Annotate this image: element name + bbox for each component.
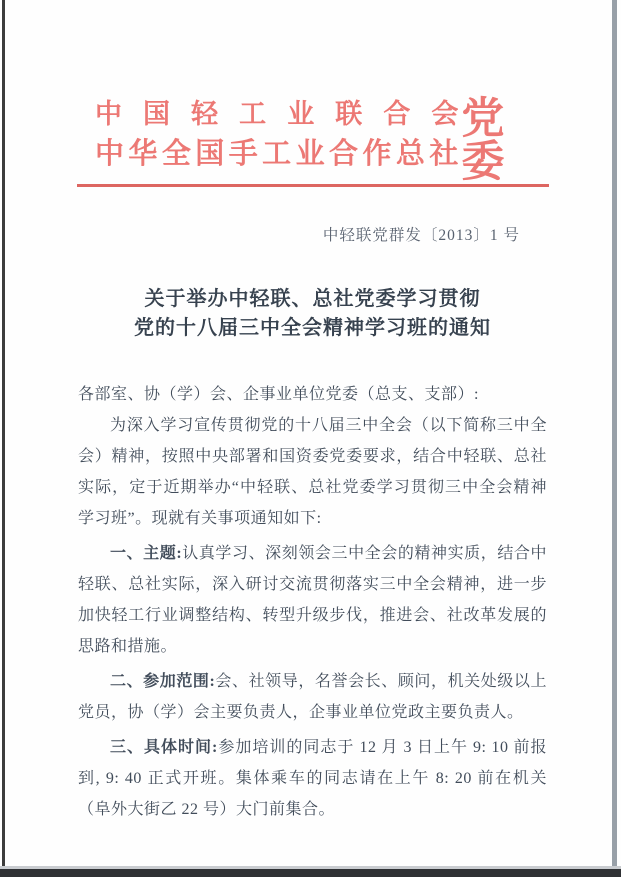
document-title-line2: 党的十八届三中全会精神学习班的通知 — [134, 317, 491, 339]
section-participants: 二、参加范围:会、社领导，名誉会长、顾问，机关处级以上党员，协（学）会主要负责人… — [78, 666, 547, 728]
scan-edge-right — [612, 0, 617, 877]
letterhead-party-committee: 党委 — [461, 98, 547, 184]
section-schedule: 三、具体时间:参加培训的同志于 12 月 3 日上午 9: 10 前报到, 9:… — [78, 732, 547, 825]
letterhead-org-names: 中国轻工业联合会 中华全国手工业合作总社 — [95, 94, 458, 174]
section-theme-head: 一、主题: — [110, 545, 182, 562]
document-content: 中国轻工业联合会 中华全国手工业合作总社 党委 中轻联党群发〔2013〕1 号 … — [0, 0, 621, 825]
org-name-line2: 中华全国手工业合作总社 — [95, 134, 458, 174]
document-title: 关于举办中轻联、总社党委学习贯彻 党的十八届三中全会精神学习班的通知 — [78, 285, 547, 343]
doc-number: 中轻联党群发〔2013〕1 号 — [78, 223, 547, 245]
document-title-line1: 关于举办中轻联、总社党委学习贯彻 — [145, 288, 481, 310]
scanned-page: 中国轻工业联合会 中华全国手工业合作总社 党委 中轻联党群发〔2013〕1 号 … — [0, 0, 621, 877]
section-schedule-head: 三、具体时间: — [110, 739, 218, 756]
section-theme: 一、主题:认真学习、深刻领会三中全会的精神实质，结合中轻联、总社实际，深入研讨交… — [78, 538, 547, 662]
letterhead: 中国轻工业联合会 中华全国手工业合作总社 党委 — [78, 84, 547, 184]
section-participants-head: 二、参加范围: — [110, 673, 215, 690]
salutation: 各部室、协（学）会、企事业单位党委（总支、支部）: — [78, 379, 547, 410]
intro-paragraph: 为深入学习宣传贯彻党的十八届三中全会（以下简称三中全会）精神，按照中央部署和国资… — [78, 410, 547, 534]
scan-edge-left — [2, 0, 5, 877]
scan-edge-bottom — [0, 869, 621, 877]
org-name-line1: 中国轻工业联合会 — [95, 94, 458, 134]
